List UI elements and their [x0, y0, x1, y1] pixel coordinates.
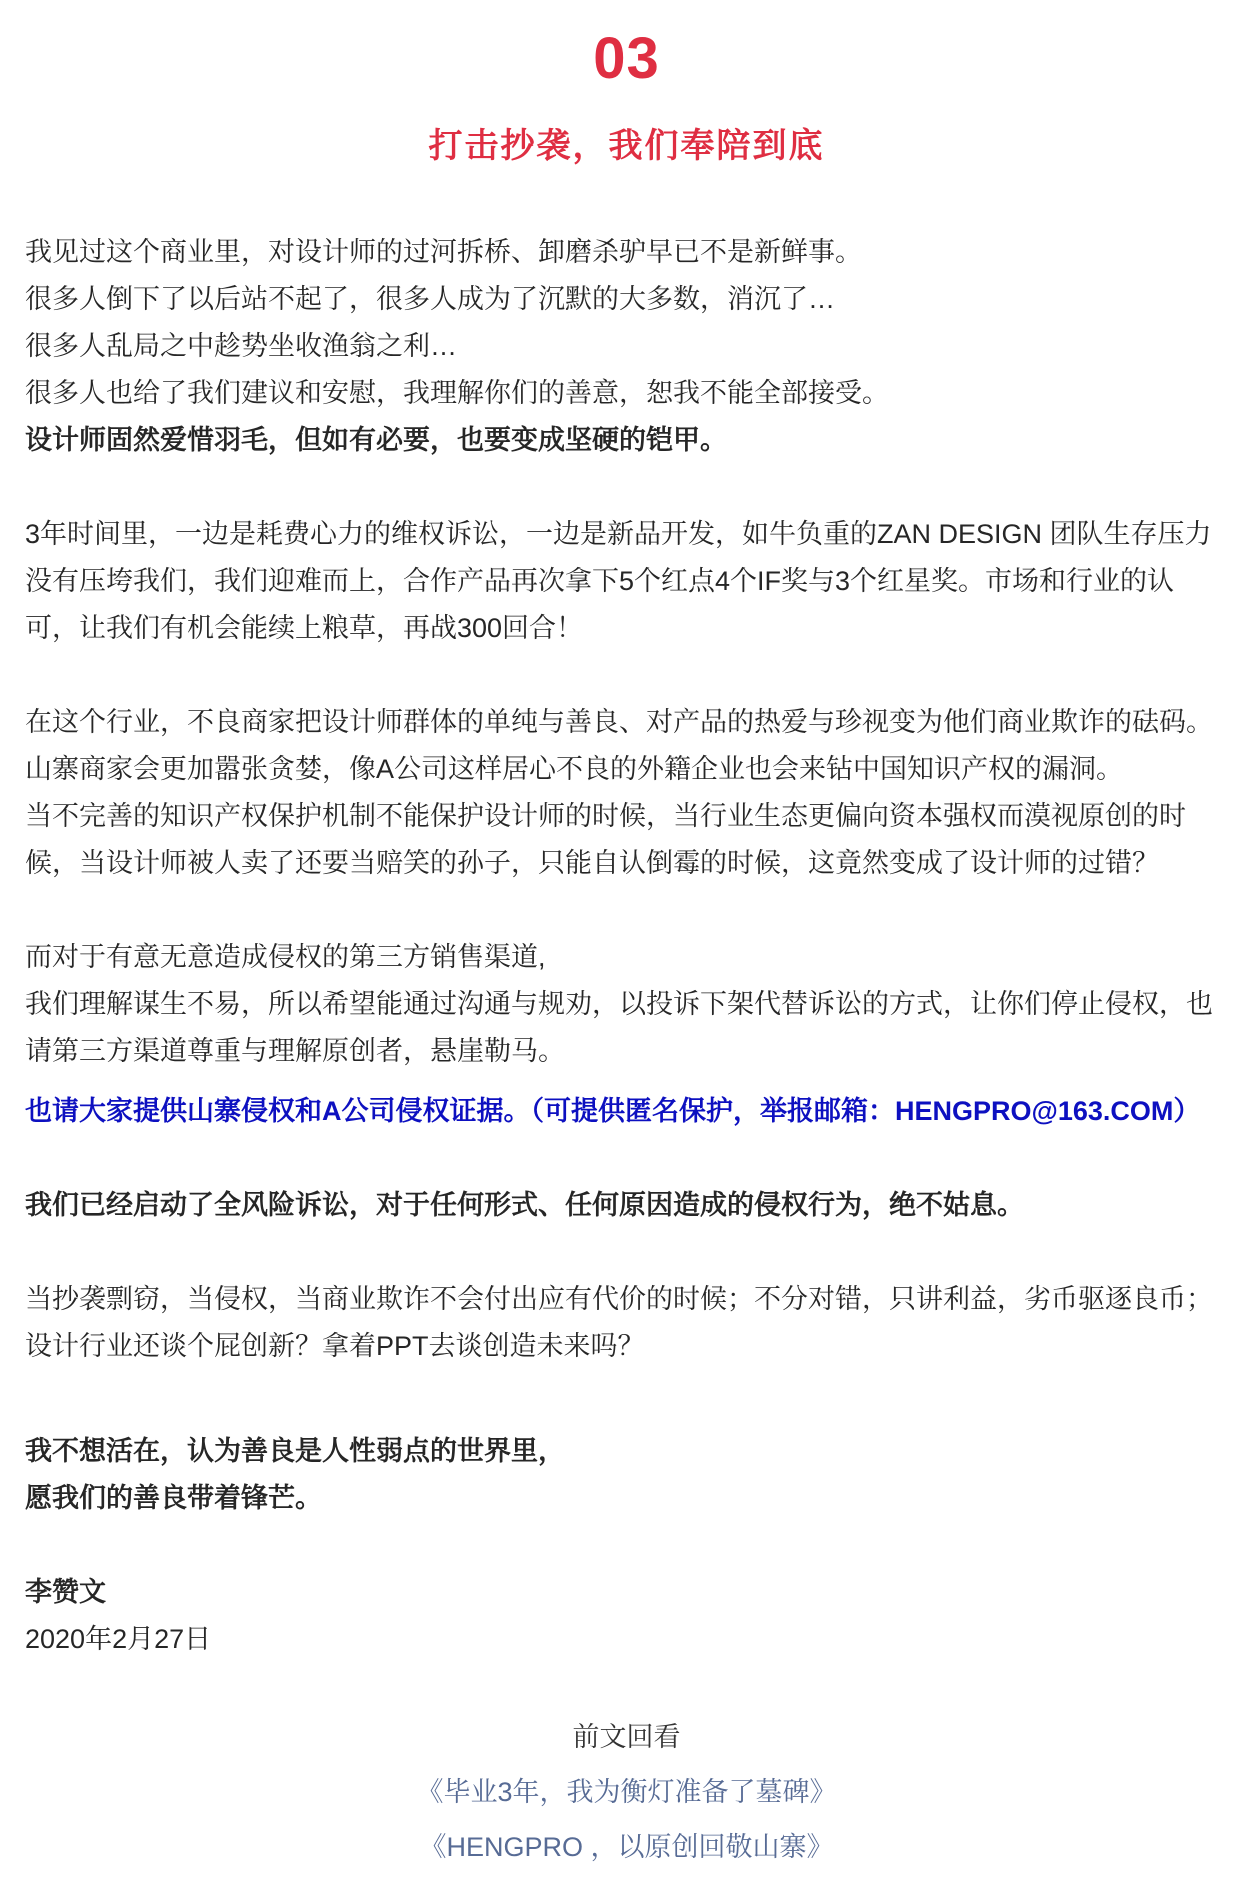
- date: 2020年2月27日: [25, 1616, 1228, 1663]
- footer: 前文回看 《毕业3年，我为衡灯准备了墓碑》 《HENGPRO ，以原创回敬山寨》: [25, 1710, 1228, 1875]
- signature: 李赞文: [25, 1569, 1228, 1616]
- paragraph-intro: 我见过这个商业里，对设计师的过河拆桥、卸磨杀驴早已不是新鲜事。 很多人倒下了以后…: [25, 229, 1228, 417]
- previous-post-link-2[interactable]: 《HENGPRO ，以原创回敬山寨》: [25, 1820, 1228, 1875]
- paragraph-lawsuit-statement: 我们已经启动了全风险诉讼，对于任何形式、任何原因造成的侵权行为，绝不姑息。: [25, 1182, 1228, 1229]
- article-title: 打击抄袭，我们奉陪到底: [25, 118, 1228, 167]
- article-page: 03 打击抄袭，我们奉陪到底 我见过这个商业里，对设计师的过河拆桥、卸磨杀驴早已…: [0, 0, 1248, 1888]
- article-body: 我见过这个商业里，对设计师的过河拆桥、卸磨杀驴早已不是新鲜事。 很多人倒下了以后…: [25, 229, 1228, 1663]
- text-line: 我不想活在，认为善良是人性弱点的世界里，: [25, 1428, 1228, 1475]
- paragraph-armor-statement: 设计师固然爱惜羽毛，但如有必要，也要变成坚硬的铠甲。: [25, 417, 1228, 464]
- paragraph-industry-fraud: 在这个行业，不良商家把设计师群体的单纯与善良、对产品的热爱与珍视变为他们商业欺诈…: [25, 699, 1228, 793]
- paragraph-ip-protection: 当不完善的知识产权保护机制不能保护设计师的时候，当行业生态更偏向资本强权而漠视原…: [25, 793, 1228, 887]
- paragraph-third-party-channels: 而对于有意无意造成侵权的第三方销售渠道, 我们理解谋生不易，所以希望能通过沟通与…: [25, 934, 1228, 1075]
- paragraph-bad-money: 当抄袭剽窃，当侵权，当商业欺诈不会付出应有代价的时候；不分对错，只讲利益，劣币驱…: [25, 1276, 1228, 1370]
- section-number: 03: [25, 30, 1228, 88]
- report-evidence-notice: 也请大家提供山寨侵权和A公司侵权证据。（可提供匿名保护，举报邮箱：HENGPRO…: [25, 1088, 1228, 1135]
- text-line: 我们理解谋生不易，所以希望能通过沟通与规劝，以投诉下架代替诉讼的方式，让你们停止…: [25, 981, 1228, 1075]
- text-line: 很多人也给了我们建议和安慰，我理解你们的善意，恕我不能全部接受。: [25, 370, 1228, 417]
- paragraph-three-years: 3年时间里，一边是耗费心力的维权诉讼，一边是新品开发，如牛负重的ZAN DESI…: [25, 511, 1228, 652]
- signature-block: 李赞文 2020年2月27日: [25, 1569, 1228, 1663]
- paragraph-credo: 我不想活在，认为善良是人性弱点的世界里， 愿我们的善良带着锋芒。: [25, 1428, 1228, 1522]
- text-line: 很多人倒下了以后站不起了，很多人成为了沉默的大多数，消沉了…: [25, 276, 1228, 323]
- previous-posts-heading: 前文回看: [25, 1710, 1228, 1765]
- text-line: 愿我们的善良带着锋芒。: [25, 1475, 1228, 1522]
- text-line: 很多人乱局之中趁势坐收渔翁之利…: [25, 323, 1228, 370]
- text-line: 而对于有意无意造成侵权的第三方销售渠道,: [25, 934, 1228, 981]
- text-line: 我见过这个商业里，对设计师的过河拆桥、卸磨杀驴早已不是新鲜事。: [25, 229, 1228, 276]
- previous-post-link-1[interactable]: 《毕业3年，我为衡灯准备了墓碑》: [25, 1765, 1228, 1820]
